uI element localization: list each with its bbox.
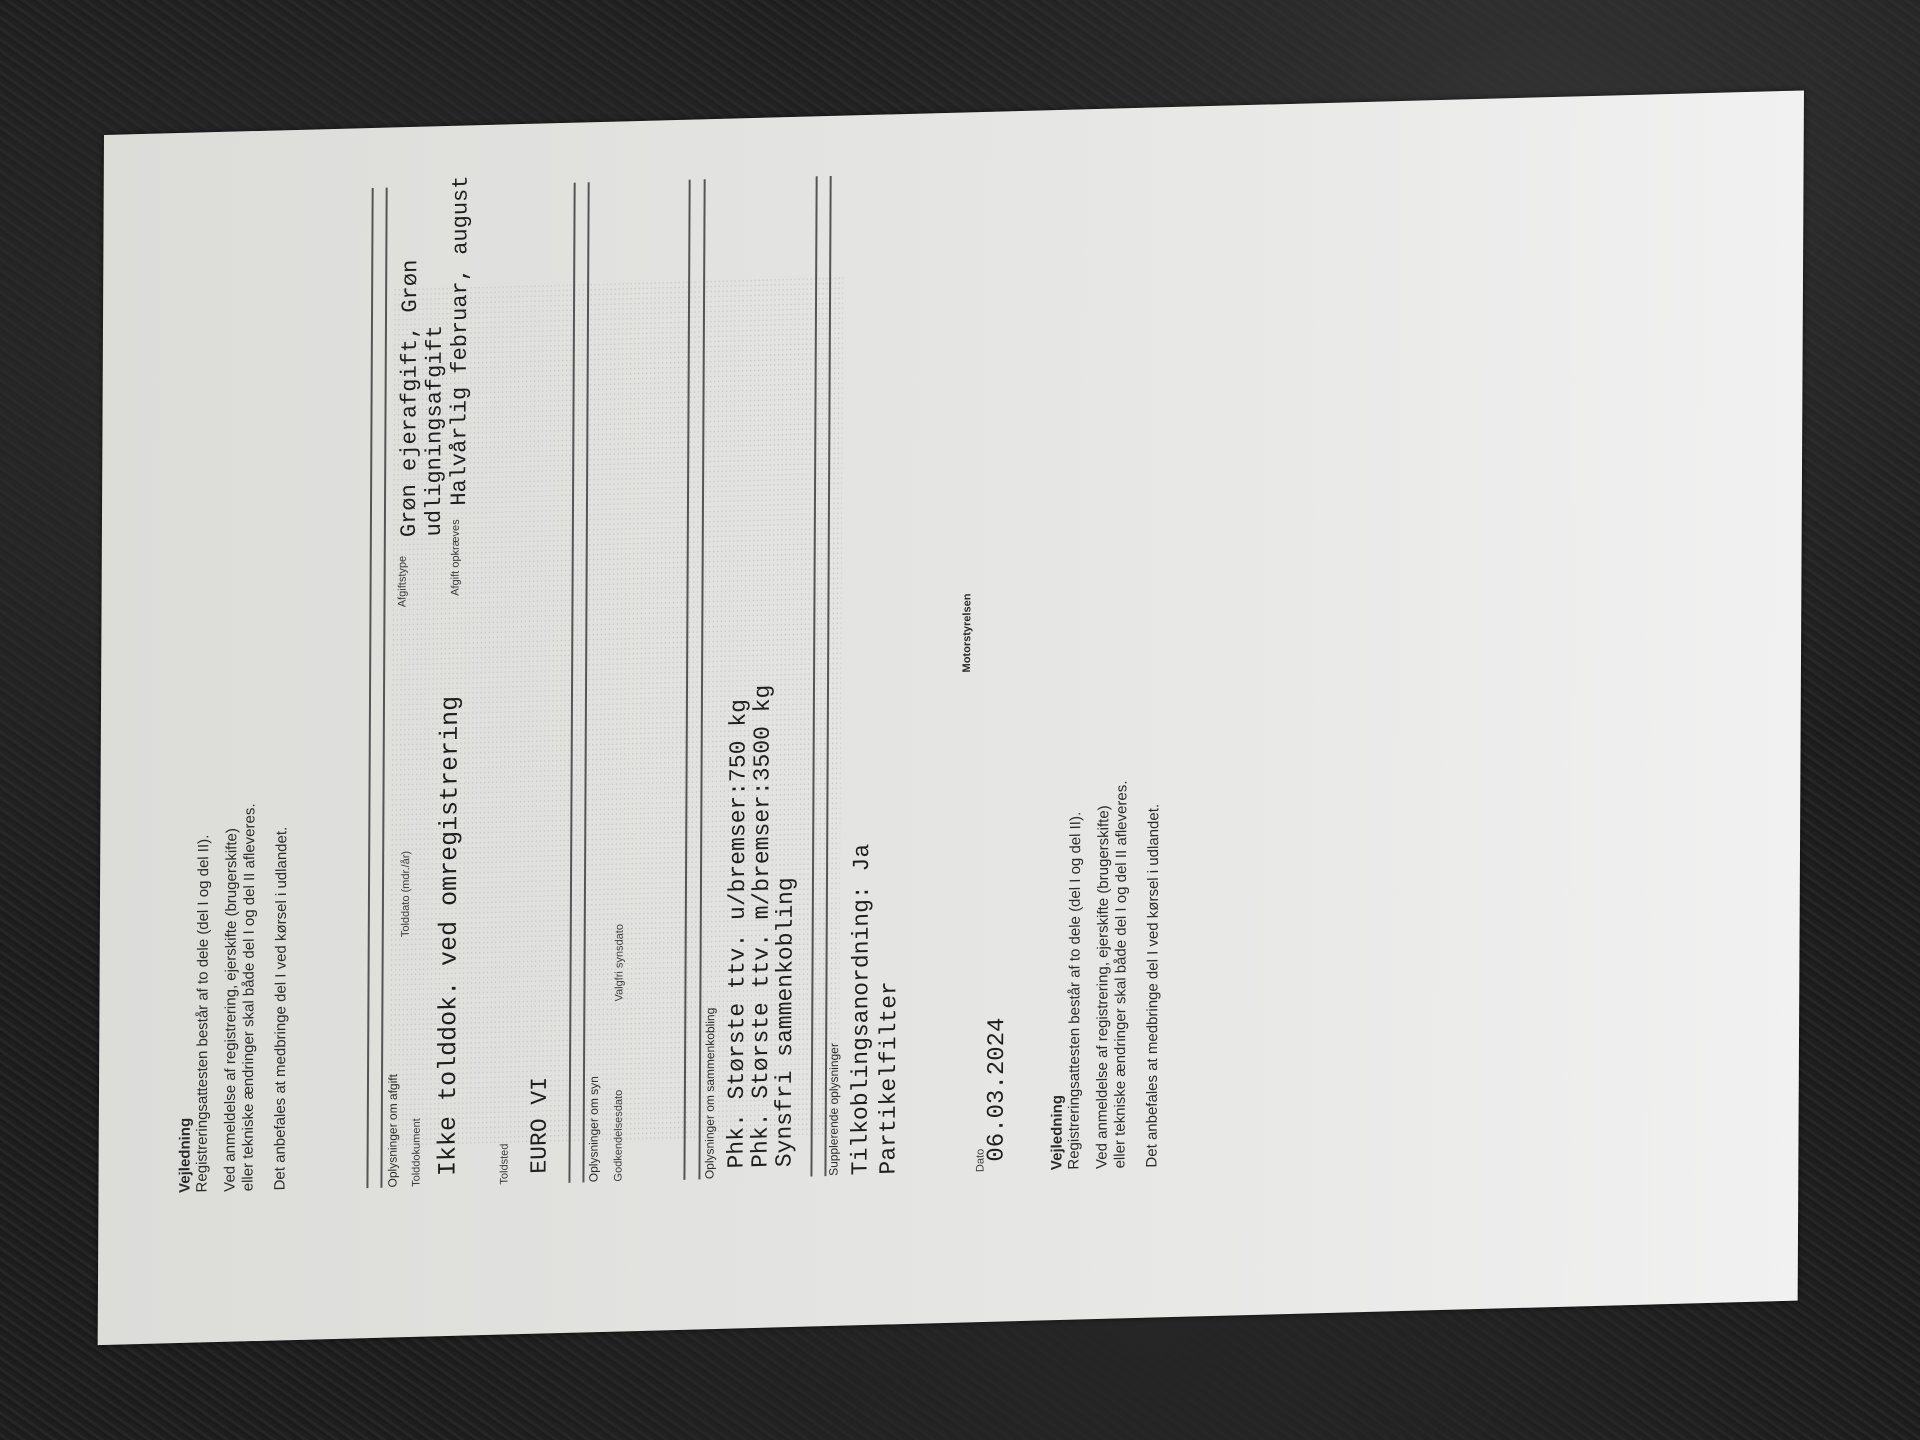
sammenkobling-line: Synsfri sammenkobling <box>772 684 799 1168</box>
guidance-line: Det anbefales at medbringe del I ved kør… <box>1143 780 1163 1168</box>
guidance-line: Ved anmeldelse af registrering, ejerskif… <box>1093 781 1113 1169</box>
guidance-line: eller tekniske ændringer skal både del I… <box>239 803 259 1191</box>
tolddokument-label: Tolddokument <box>410 1118 422 1187</box>
guidance-line: Registreringsattesten består af to dele … <box>1065 782 1085 1170</box>
toldsted-value: EURO VI <box>526 1077 553 1174</box>
bottom-guidance: Vejledning Registreringsattesten består … <box>1048 780 1163 1171</box>
afgiftstype-label: Afgiftstype <box>396 556 408 608</box>
supplerende-section-title: Supplerende oplysninger <box>826 1043 841 1176</box>
godkendelsesdato-label: Godkendelsesdato <box>612 1090 624 1182</box>
afgiftstype-value: Grøn ejerafgift, Grøn udligningsafgift <box>397 126 449 537</box>
guidance-title: Vejledning <box>1048 782 1067 1170</box>
divider <box>366 188 373 1188</box>
tolddato-label: Tolddato (mdr./år) <box>400 851 412 938</box>
document-content: Vejledning Registreringsattesten består … <box>98 90 1804 1345</box>
guidance-line: Registreringsattesten består af to dele … <box>193 804 213 1192</box>
issuer-name: Motorstyrelsen <box>961 593 973 672</box>
tolddokument-value: Ikke tolddok. ved omregistrering <box>433 695 465 1176</box>
afgift-section-title: Oplysninger om afgift <box>385 1074 400 1188</box>
guidance-line: eller tekniske ændringer skal både del I… <box>1111 780 1131 1168</box>
registration-certificate-paper: Vejledning Registreringsattesten består … <box>98 90 1804 1345</box>
syn-section-title: Oplysninger om syn <box>586 1076 601 1182</box>
top-guidance: Vejledning Registreringsattesten består … <box>176 802 291 1193</box>
sammenkobling-lines: Phk. Største ttv. u/bremser:750 kg Phk. … <box>724 684 799 1169</box>
valgfri-synsdato-label: Valgfri synsdato <box>613 924 625 1002</box>
guidance-line: Det anbefales at medbringe del I ved kør… <box>271 802 291 1190</box>
guidance-line: Ved anmeldelse af registrering, ejerskif… <box>221 804 241 1192</box>
supplerende-line: Partikelfilter <box>874 843 904 1175</box>
opkraeves-value: Halvårlig februar, august <box>447 175 474 506</box>
opkraeves-label: Afgift opkræves <box>450 519 462 596</box>
supplerende-line: Tilkoblingsanordning: Ja <box>846 844 876 1176</box>
sammenkobling-section-title: Oplysninger om sammenkobling <box>702 1008 717 1180</box>
supplerende-lines: Tilkoblingsanordning: Ja Partikelfilter <box>846 843 904 1176</box>
dato-value: 06.03.2024 <box>983 1017 1011 1162</box>
divider <box>380 188 387 1188</box>
guidance-title: Vejledning <box>176 805 195 1193</box>
toldsted-label: Toldsted <box>498 1143 510 1184</box>
